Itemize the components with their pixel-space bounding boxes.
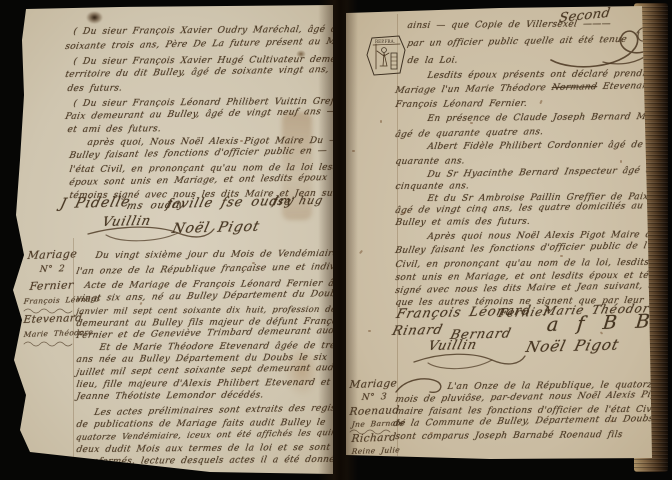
handwritten-line: François Léonard Fernier. bbox=[395, 100, 528, 110]
handwritten-line: et ami des futurs. bbox=[67, 125, 162, 135]
handwritten-line: cinquante ans. bbox=[395, 182, 470, 192]
margin-note-line: Reine Julie bbox=[351, 446, 400, 455]
handwritten-line: soixante trois ans, Père De La future pr… bbox=[64, 37, 367, 52]
handwritten-line: Albert Fidèle Philibert Cordonnier âgé d… bbox=[427, 141, 659, 152]
margin-note-line: Roenaud bbox=[349, 405, 400, 417]
handwritten-line: deux dudit Mois aux termes de la loi et … bbox=[76, 444, 331, 455]
stamp-text: REP.FRA. bbox=[375, 39, 395, 44]
handwritten-line: lieu, fille majeure d'Alexis Philibert E… bbox=[76, 379, 349, 390]
handwritten-line: Bulley faisant les fonctions d'officier … bbox=[394, 242, 669, 256]
handwritten-line: Du vingt sixième jour du Mois de Vendémi… bbox=[95, 250, 339, 261]
manuscript-scan: REP.FRA. ainsi — que Copie de Villersexe… bbox=[0, 0, 672, 480]
margin-note-line: N° 2 bbox=[39, 265, 65, 275]
margin-note-line: Mariage bbox=[349, 378, 397, 390]
handwritten-line: Bulley et amis des futurs. bbox=[395, 218, 531, 228]
margin-note-line: Etevenard bbox=[23, 313, 83, 326]
handwritten-line: Civil, en prononçant qu'au nom de la loi… bbox=[395, 258, 672, 270]
signature: Rinard bbox=[391, 324, 444, 338]
handwritten-line: l'an onze de la République française une… bbox=[75, 263, 362, 277]
paper-speck bbox=[380, 120, 382, 123]
paper-speck bbox=[430, 432, 433, 434]
handwritten-line: Les actes préliminaires sont extraits de… bbox=[93, 404, 355, 418]
paper-speck bbox=[368, 330, 371, 332]
handwritten-line: signé avec nous les dits Maire et Jean s… bbox=[394, 281, 672, 296]
handwritten-line: Lesdits époux présents ont déclaré prend… bbox=[427, 70, 672, 81]
fiscal-stamp: REP.FRA. bbox=[366, 30, 406, 80]
handwritten-line: vingt six ans, né au Bulley Département … bbox=[75, 289, 383, 304]
handwritten-line-with-strike: Mariage l'un Marie Théodore Normand Etev… bbox=[394, 81, 672, 96]
margin-note-line: Mariage bbox=[27, 248, 78, 261]
margin-underline-squiggle bbox=[350, 456, 394, 462]
margin-note-line: N° 3 bbox=[361, 393, 387, 403]
handwritten-line: sont comparus Joseph Barnabé Roenaud fil… bbox=[395, 431, 624, 442]
paper-speck bbox=[539, 100, 543, 104]
handwritten-line: ( Du sieur François Xavier Hugé Cultivat… bbox=[73, 55, 381, 67]
paper-speck bbox=[620, 160, 622, 163]
margin-underline-squiggle bbox=[24, 341, 76, 347]
handwritten-line: Paix demeurant au Bulley, âgé de vingt n… bbox=[64, 108, 337, 122]
handwritten-line: Et de Marie Théodore Etevenard âgée de t… bbox=[99, 342, 378, 353]
opening-flourish bbox=[394, 376, 446, 396]
handwritten-line: âgé de vingt cinq ans, les quatre domici… bbox=[394, 202, 659, 216]
handwritten-line: Jeanne Théotiste Lemondor décédés. bbox=[76, 391, 265, 402]
handwritten-line: âgé de quarante quatre ans. bbox=[394, 128, 544, 140]
handwritten-line: de la Loi. bbox=[407, 57, 459, 66]
text-fragment: Mariage l'un Marie Théodore bbox=[394, 83, 552, 96]
margin-note-line: Richard bbox=[351, 432, 397, 444]
margin-note-line: Fernier bbox=[29, 279, 74, 292]
handwritten-line: époux sont unis en Mariage, et ont lesdi… bbox=[68, 174, 343, 188]
handwritten-line: quarante ans. bbox=[395, 157, 466, 167]
paper-speck bbox=[240, 140, 243, 142]
handwritten-line: territoire du dit Bulley, âgé de soixant… bbox=[64, 65, 373, 80]
signature: Noël Pigot bbox=[524, 338, 620, 355]
handwritten-line: juillet mil sept cent soixante sept deme… bbox=[75, 364, 342, 378]
handwritten-line: Après quoi nous Noël Alexis Pigot Maire … bbox=[427, 231, 672, 242]
paper-speck bbox=[560, 255, 563, 257]
signature-swash bbox=[412, 350, 527, 370]
paper-speck bbox=[470, 122, 473, 124]
margin-rule bbox=[73, 238, 74, 466]
handwritten-line: des futurs. bbox=[67, 85, 123, 94]
paper-speck bbox=[352, 150, 355, 152]
handwritten-line: ( Du sieur François Xavier Oudry Marécha… bbox=[73, 26, 359, 37]
struck-word: Normand bbox=[551, 82, 598, 93]
ink-blot bbox=[86, 11, 103, 24]
paper-speck bbox=[359, 250, 363, 254]
signature: fse hug bbox=[271, 195, 324, 207]
signature: Noël Pigot bbox=[171, 220, 262, 236]
signature: J Pidelle bbox=[59, 195, 132, 211]
handwritten-line: de la Commune de Bulley, Département du … bbox=[392, 415, 657, 429]
paper-speck bbox=[252, 262, 255, 264]
handwritten-line: Du Sr Hyacinthe Bernard Inspecteur âgé d… bbox=[426, 166, 672, 180]
handwritten-line: conformés, lecture desquels actes il a é… bbox=[81, 455, 376, 467]
handwritten-line: En présence de Claude Joseph Bernard Mar… bbox=[427, 113, 672, 124]
handwritten-line: Bulley faisant les fonctions d'officier … bbox=[68, 147, 328, 161]
